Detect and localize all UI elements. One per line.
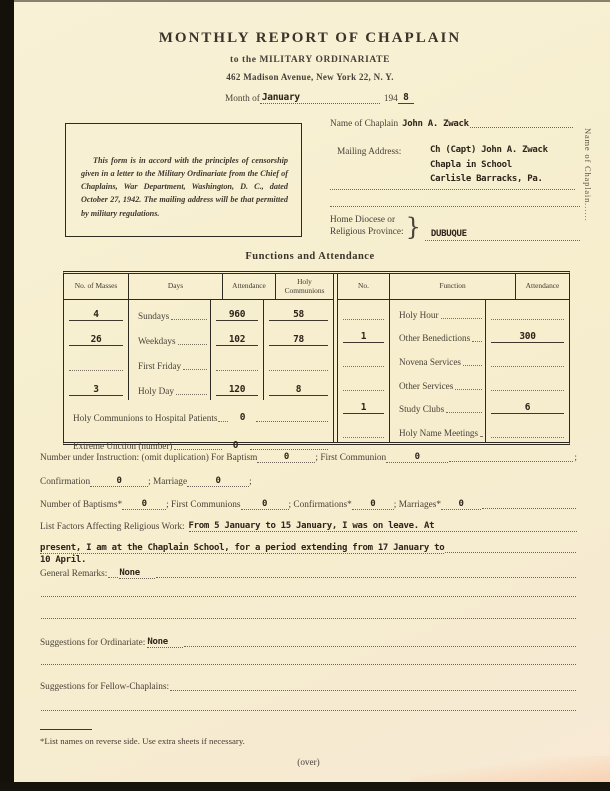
table-row: Novena Services [338,347,569,371]
ordinariate-value: None [147,637,183,648]
instruction-line-2: Confirmation 0 ; Marriage 0 ; [40,476,252,487]
no-value: 1 [361,331,366,342]
marriage-label: ; Marriage [148,477,187,487]
general-remarks-value: None [119,568,155,579]
dotted-leader [455,389,482,390]
function-label: Holy Name Meetings [399,428,478,438]
footnote-text: *List names on reverse side. Use extra s… [40,736,245,746]
function-label: Other Services [399,381,453,391]
table-row: 4 Sundays 960 58 [64,300,333,325]
baptisms-value: 0 [122,499,166,510]
table-row: 1 Study Clubs 6 [338,395,569,419]
function-label: Other Benedictions [399,333,470,343]
dotted-leader [174,449,222,450]
footnote-rule [40,729,92,730]
marriages-label: ; Marriages* [394,500,441,510]
col-header-attendance: Attendance [223,274,276,300]
attendance-value: 960 [229,309,245,320]
table-row: Holy Hour [338,300,569,324]
scan-left-edge [0,0,14,791]
function-label: Holy Hour [399,310,439,320]
factors-typed-line1: From 5 January to 15 January, I was on l… [189,521,577,532]
extreme-unction-label: Extreme Unction (number) [73,441,173,451]
communions-value: 78 [293,334,304,345]
masses-value: 3 [93,384,98,395]
table-row: Holy Name Meetings [338,418,569,442]
first-communions-value: 0 [241,499,289,510]
confirmation-label: Confirmation [40,477,90,487]
home-diocese-label-line1: Home Diocese or [330,215,404,227]
over-label: (over) [40,757,577,767]
table-row: Other Services [338,371,569,395]
day-label: Weekdays [138,336,176,346]
dotted-leader [256,421,328,422]
fellow-chaplains-line: Suggestions for Fellow-Chaplains: [40,682,577,692]
scanned-chaplain-report-page: MONTHLY REPORT OF CHAPLAIN to the MILITA… [0,0,610,791]
table-right-section: No. Function Attendance Holy Hour 1 Othe… [338,274,569,442]
form-header: MONTHLY REPORT OF CHAPLAIN to the MILITA… [40,30,580,82]
table-row: 26 Weekdays 102 78 [64,325,333,350]
hospital-communions-value: 0 [229,412,255,423]
scan-bottom-edge [0,782,610,791]
home-diocese-value: DUBUQUE [425,229,580,241]
dotted-rule [470,127,573,128]
table-row: 1 Other Benedictions 300 [338,324,569,348]
hospital-communions-row: Holy Communions to Hospital Patients 0 [64,400,333,426]
censorship-note-text: This form is in accord with the principl… [81,154,288,220]
instruction-line-1: Number under Instruction: (omit duplicat… [40,452,577,463]
col-header-no: No. [338,274,390,300]
blank-line [40,612,577,620]
dotted-rule [449,461,573,462]
table-row: First Friday [64,350,333,375]
semicolon: ; [574,453,577,463]
page-title: MONTHLY REPORT OF CHAPLAIN [40,30,580,47]
home-diocese-field: Home Diocese or Religious Province: } DU… [330,213,580,241]
communions-value: 58 [293,309,304,320]
dotted-rule [156,577,576,578]
dotted-leader [472,341,482,342]
attendance-value: 300 [519,331,535,342]
factors-line-2: present, I am at the Chaplain School, fo… [40,543,577,554]
home-diocese-label: Home Diocese or Religious Province: [330,215,404,238]
hospital-communions-label: Holy Communions to Hospital Patients [73,413,217,423]
blank-line [40,704,577,712]
blank-line [40,590,577,598]
ordinariate-line: Suggestions for Ordinariate: None [40,637,577,648]
col-header-attendance: Attendance [516,274,569,300]
mailing-address-label: Mailing Address: [337,147,401,157]
day-label: Holy Day [138,386,174,396]
masses-value: 4 [93,309,98,320]
dotted-leader [183,369,207,370]
confirmations-value: 0 [352,499,394,510]
vertical-name-of-chaplain-label: Name of Chaplain [583,128,593,222]
name-of-chaplain-field: Name of Chaplain John A. Zwack [330,119,574,129]
dotted-rule [41,710,576,711]
extreme-unction-value: 0 [223,440,249,451]
factors-label: List Factors Affecting Religious Work: [40,522,185,532]
extreme-unction-row: Extreme Unction (number) 0 [64,426,333,454]
dotted-rule [41,596,576,597]
fellow-chaplains-label: Suggestions for Fellow-Chaplains: [40,682,169,692]
masses-value: 26 [91,334,102,345]
factors-line-3: 10 April. [40,555,577,565]
month-value: January [260,92,380,104]
day-label: Sundays [138,311,169,321]
dotted-rule [41,664,576,665]
home-diocese-label-line2: Religious Province: [330,227,404,239]
dotted-leader [218,421,228,422]
day-label: First Friday [138,361,181,371]
marriages-value: 0 [441,499,481,510]
dotted-leader [250,449,329,450]
first-communions-label: ; First Communions [166,500,240,510]
dotted-leader [176,394,207,395]
ordinariate-label: Suggestions for Ordinariate: [40,638,145,648]
dotted-rule [108,577,118,578]
general-remarks-label: General Remarks: [40,569,107,579]
year-value: 8 [398,92,414,104]
table-left-header-row: No. of Masses Days Attendance Holy Commu… [64,274,333,300]
semicolon: ; [249,477,252,487]
brace-glyph: } [406,213,421,241]
month-label: Month of [225,94,260,104]
baptism-instruction-value: 0 [257,452,315,463]
dotted-leader [178,344,207,345]
mailing-address-line3: Carlisle Barracks, Pa. [430,172,548,187]
dotted-rule [184,646,576,647]
dotted-leader [480,436,482,437]
instruction-label: Number under Instruction: (omit duplicat… [40,453,257,463]
censorship-note-box: This form is in accord with the principl… [65,123,302,237]
mailing-address-line1: Ch (Capt) John A. Zwack [430,143,548,158]
col-header-holy-communions: Holy Communions [276,274,333,300]
table-right-header-row: No. Function Attendance [338,274,569,300]
mailing-address-line2: Chapla in School [430,158,548,173]
factors-typed-line3: 10 April. [40,555,86,565]
header-subtitle: to the MILITARY ORDINARIATE [40,55,580,65]
col-header-no-of-masses: No. of Masses [64,274,129,300]
factors-typed-line2: present, I am at the Chaplain School, fo… [40,543,444,554]
general-remarks-line: General Remarks: None [40,568,577,579]
communions-value: 8 [296,384,301,395]
table-row: 3 Holy Day 120 8 [64,375,333,400]
dotted-leader [441,318,482,319]
factors-line-1: List Factors Affecting Religious Work: F… [40,521,577,532]
baptisms-label: Number of Baptisms* [40,500,122,510]
year-prefix: 194 [384,94,398,104]
dotted-rule [330,189,575,190]
table-left-section: No. of Masses Days Attendance Holy Commu… [64,274,333,442]
mailing-address-value: Ch (Capt) John A. Zwack Chapla in School… [430,143,548,187]
function-label: Study Clubs [399,404,444,414]
header-address: 462 Madison Avenue, New York 22, N. Y. [40,72,580,82]
dotted-leader [446,412,482,413]
marriage-instruction-value: 0 [187,476,249,487]
dotted-rule [482,508,576,509]
dotted-leader [171,319,207,320]
functions-attendance-table: No. of Masses Days Attendance Holy Commu… [63,271,570,445]
confirmations-label: ; Confirmations* [289,500,352,510]
attendance-value: 6 [525,402,530,413]
first-communion-label: ; First Communion [315,453,386,463]
dotted-rule [170,690,576,691]
scan-top-edge [0,0,610,2]
dotted-rule [330,206,580,207]
blank-line [40,658,577,666]
dotted-rule [41,618,576,619]
confirmation-instruction-value: 0 [90,476,148,487]
name-of-chaplain-label: Name of Chaplain [330,119,398,129]
mailing-address-label-wrap: Mailing Address: [337,147,401,157]
attendance-value: 102 [229,334,245,345]
dotted-leader [463,365,482,366]
first-communion-instruction-value: 0 [386,452,448,463]
attendance-value: 120 [229,384,245,395]
numbers-line: Number of Baptisms* 0 ; First Communions… [40,499,577,510]
function-label: Novena Services [399,357,461,367]
table-title: Functions and Attendance [40,251,580,262]
no-value: 1 [361,402,366,413]
name-of-chaplain-value: John A. Zwack [402,119,469,129]
col-header-days: Days [129,274,223,300]
col-header-function: Function [390,274,516,300]
month-field: Month of January 194 8 [225,92,414,104]
dotted-rule [445,552,576,553]
